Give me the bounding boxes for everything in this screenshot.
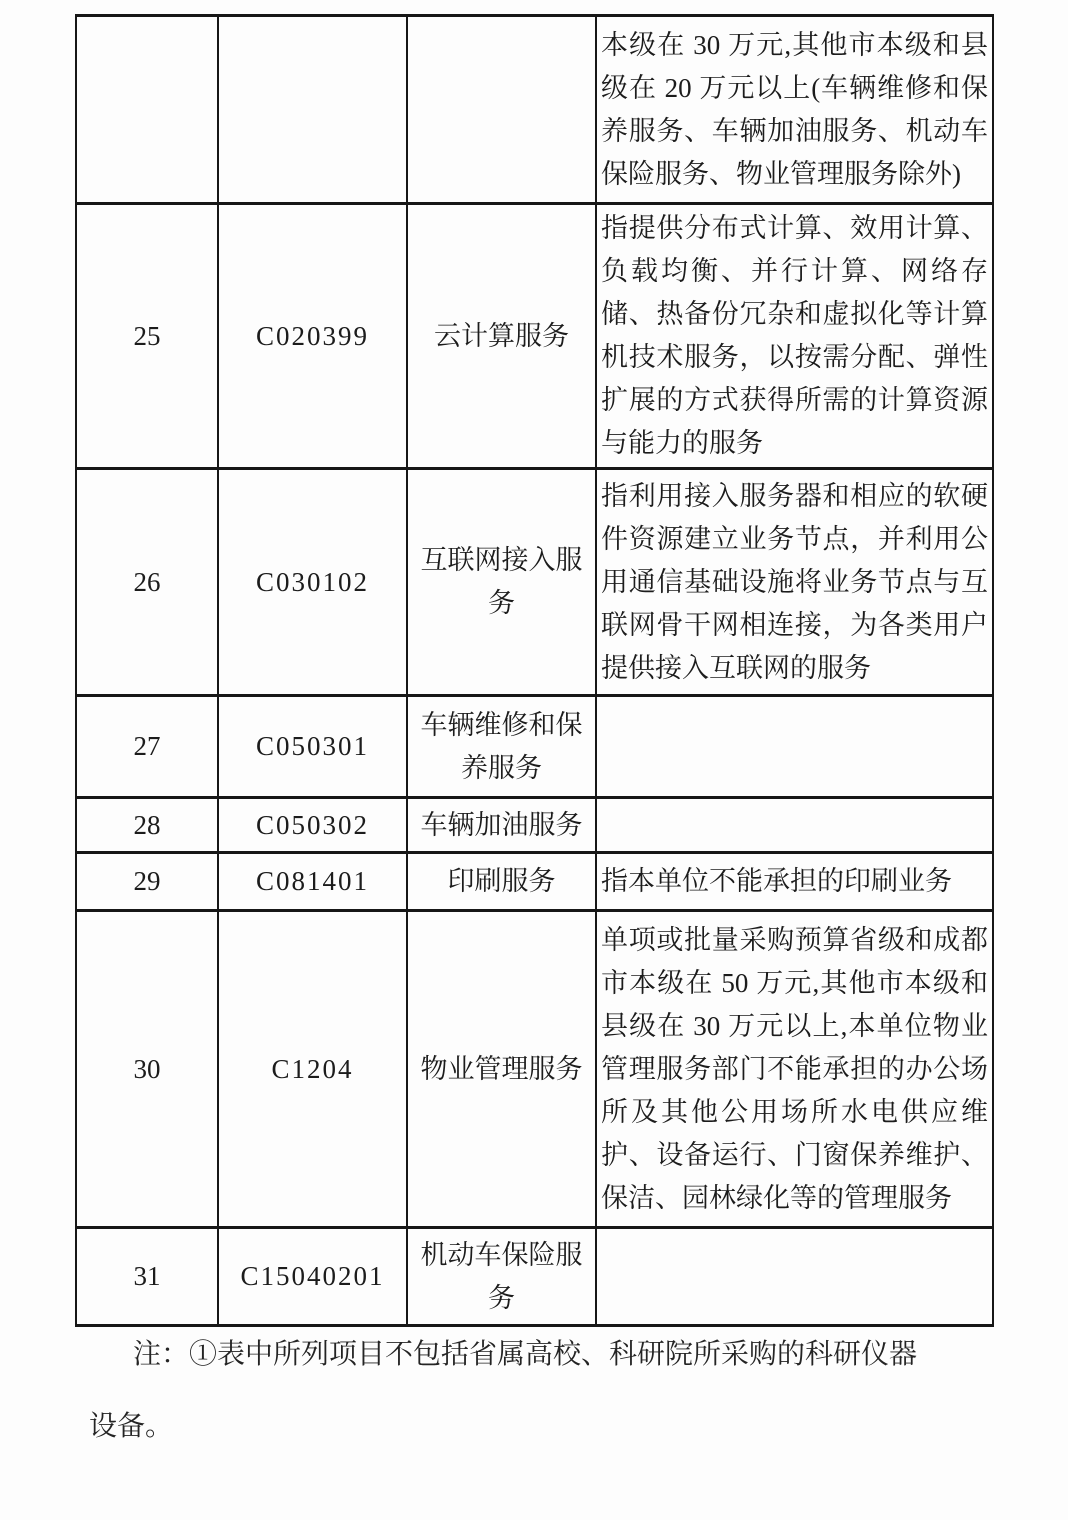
code-cell: C1204 [218, 911, 407, 1228]
name-cell: 互联网接入服务 [407, 469, 596, 696]
name-cell: 云计算服务 [407, 204, 596, 469]
footnote: 注：①表中所列项目不包括省属高校、科研院所采购的科研仪器设备。 [89, 1319, 929, 1463]
name-cell: 印刷服务 [407, 853, 596, 911]
description-cell: 指利用接入服务器和相应的软硬件资源建立业务节点，并利用公用通信基础设施将业务节点… [596, 469, 993, 696]
code-cell [218, 16, 407, 204]
seq-cell: 28 [76, 798, 218, 853]
description-cell [596, 1228, 993, 1326]
table-row: 28 C050302 车辆加油服务 [76, 798, 993, 853]
document-page: 本级在 30 万元,其他市本级和县级在 20 万元以上(车辆维修和保养服务、车辆… [0, 0, 1068, 1520]
name-cell [407, 16, 596, 204]
description-cell [596, 696, 993, 798]
table-row: 26 C030102 互联网接入服务 指利用接入服务器和相应的软硬件资源建立业务… [76, 469, 993, 696]
table-row: 27 C050301 车辆维修和保养服务 [76, 696, 993, 798]
seq-cell: 29 [76, 853, 218, 911]
description-cell: 单项或批量采购预算省级和成都市本级在 50 万元,其他市本级和县级在 30 万元… [596, 911, 993, 1228]
table-row: 30 C1204 物业管理服务 单项或批量采购预算省级和成都市本级在 50 万元… [76, 911, 993, 1228]
code-cell: C020399 [218, 204, 407, 469]
seq-cell: 25 [76, 204, 218, 469]
name-cell: 车辆加油服务 [407, 798, 596, 853]
description-cell: 指提供分布式计算、效用计算、负载均衡、并行计算、网络存储、热备份冗杂和虚拟化等计… [596, 204, 993, 469]
procurement-items-table: 本级在 30 万元,其他市本级和县级在 20 万元以上(车辆维修和保养服务、车辆… [75, 14, 994, 1327]
seq-cell: 27 [76, 696, 218, 798]
name-cell: 物业管理服务 [407, 911, 596, 1228]
name-cell: 机动车保险服务 [407, 1228, 596, 1326]
seq-cell: 30 [76, 911, 218, 1228]
code-cell: C030102 [218, 469, 407, 696]
description-cell [596, 798, 993, 853]
table-row: 25 C020399 云计算服务 指提供分布式计算、效用计算、负载均衡、并行计算… [76, 204, 993, 469]
code-cell: C15040201 [218, 1228, 407, 1326]
seq-cell [76, 16, 218, 204]
code-cell: C050302 [218, 798, 407, 853]
table-row: 31 C15040201 机动车保险服务 [76, 1228, 993, 1326]
code-cell: C050301 [218, 696, 407, 798]
name-cell: 车辆维修和保养服务 [407, 696, 596, 798]
table-row: 29 C081401 印刷服务 指本单位不能承担的印刷业务 [76, 853, 993, 911]
code-cell: C081401 [218, 853, 407, 911]
description-cell: 本级在 30 万元,其他市本级和县级在 20 万元以上(车辆维修和保养服务、车辆… [596, 16, 993, 204]
table-row-continuation: 本级在 30 万元,其他市本级和县级在 20 万元以上(车辆维修和保养服务、车辆… [76, 16, 993, 204]
seq-cell: 31 [76, 1228, 218, 1326]
seq-cell: 26 [76, 469, 218, 696]
description-cell: 指本单位不能承担的印刷业务 [596, 853, 993, 911]
